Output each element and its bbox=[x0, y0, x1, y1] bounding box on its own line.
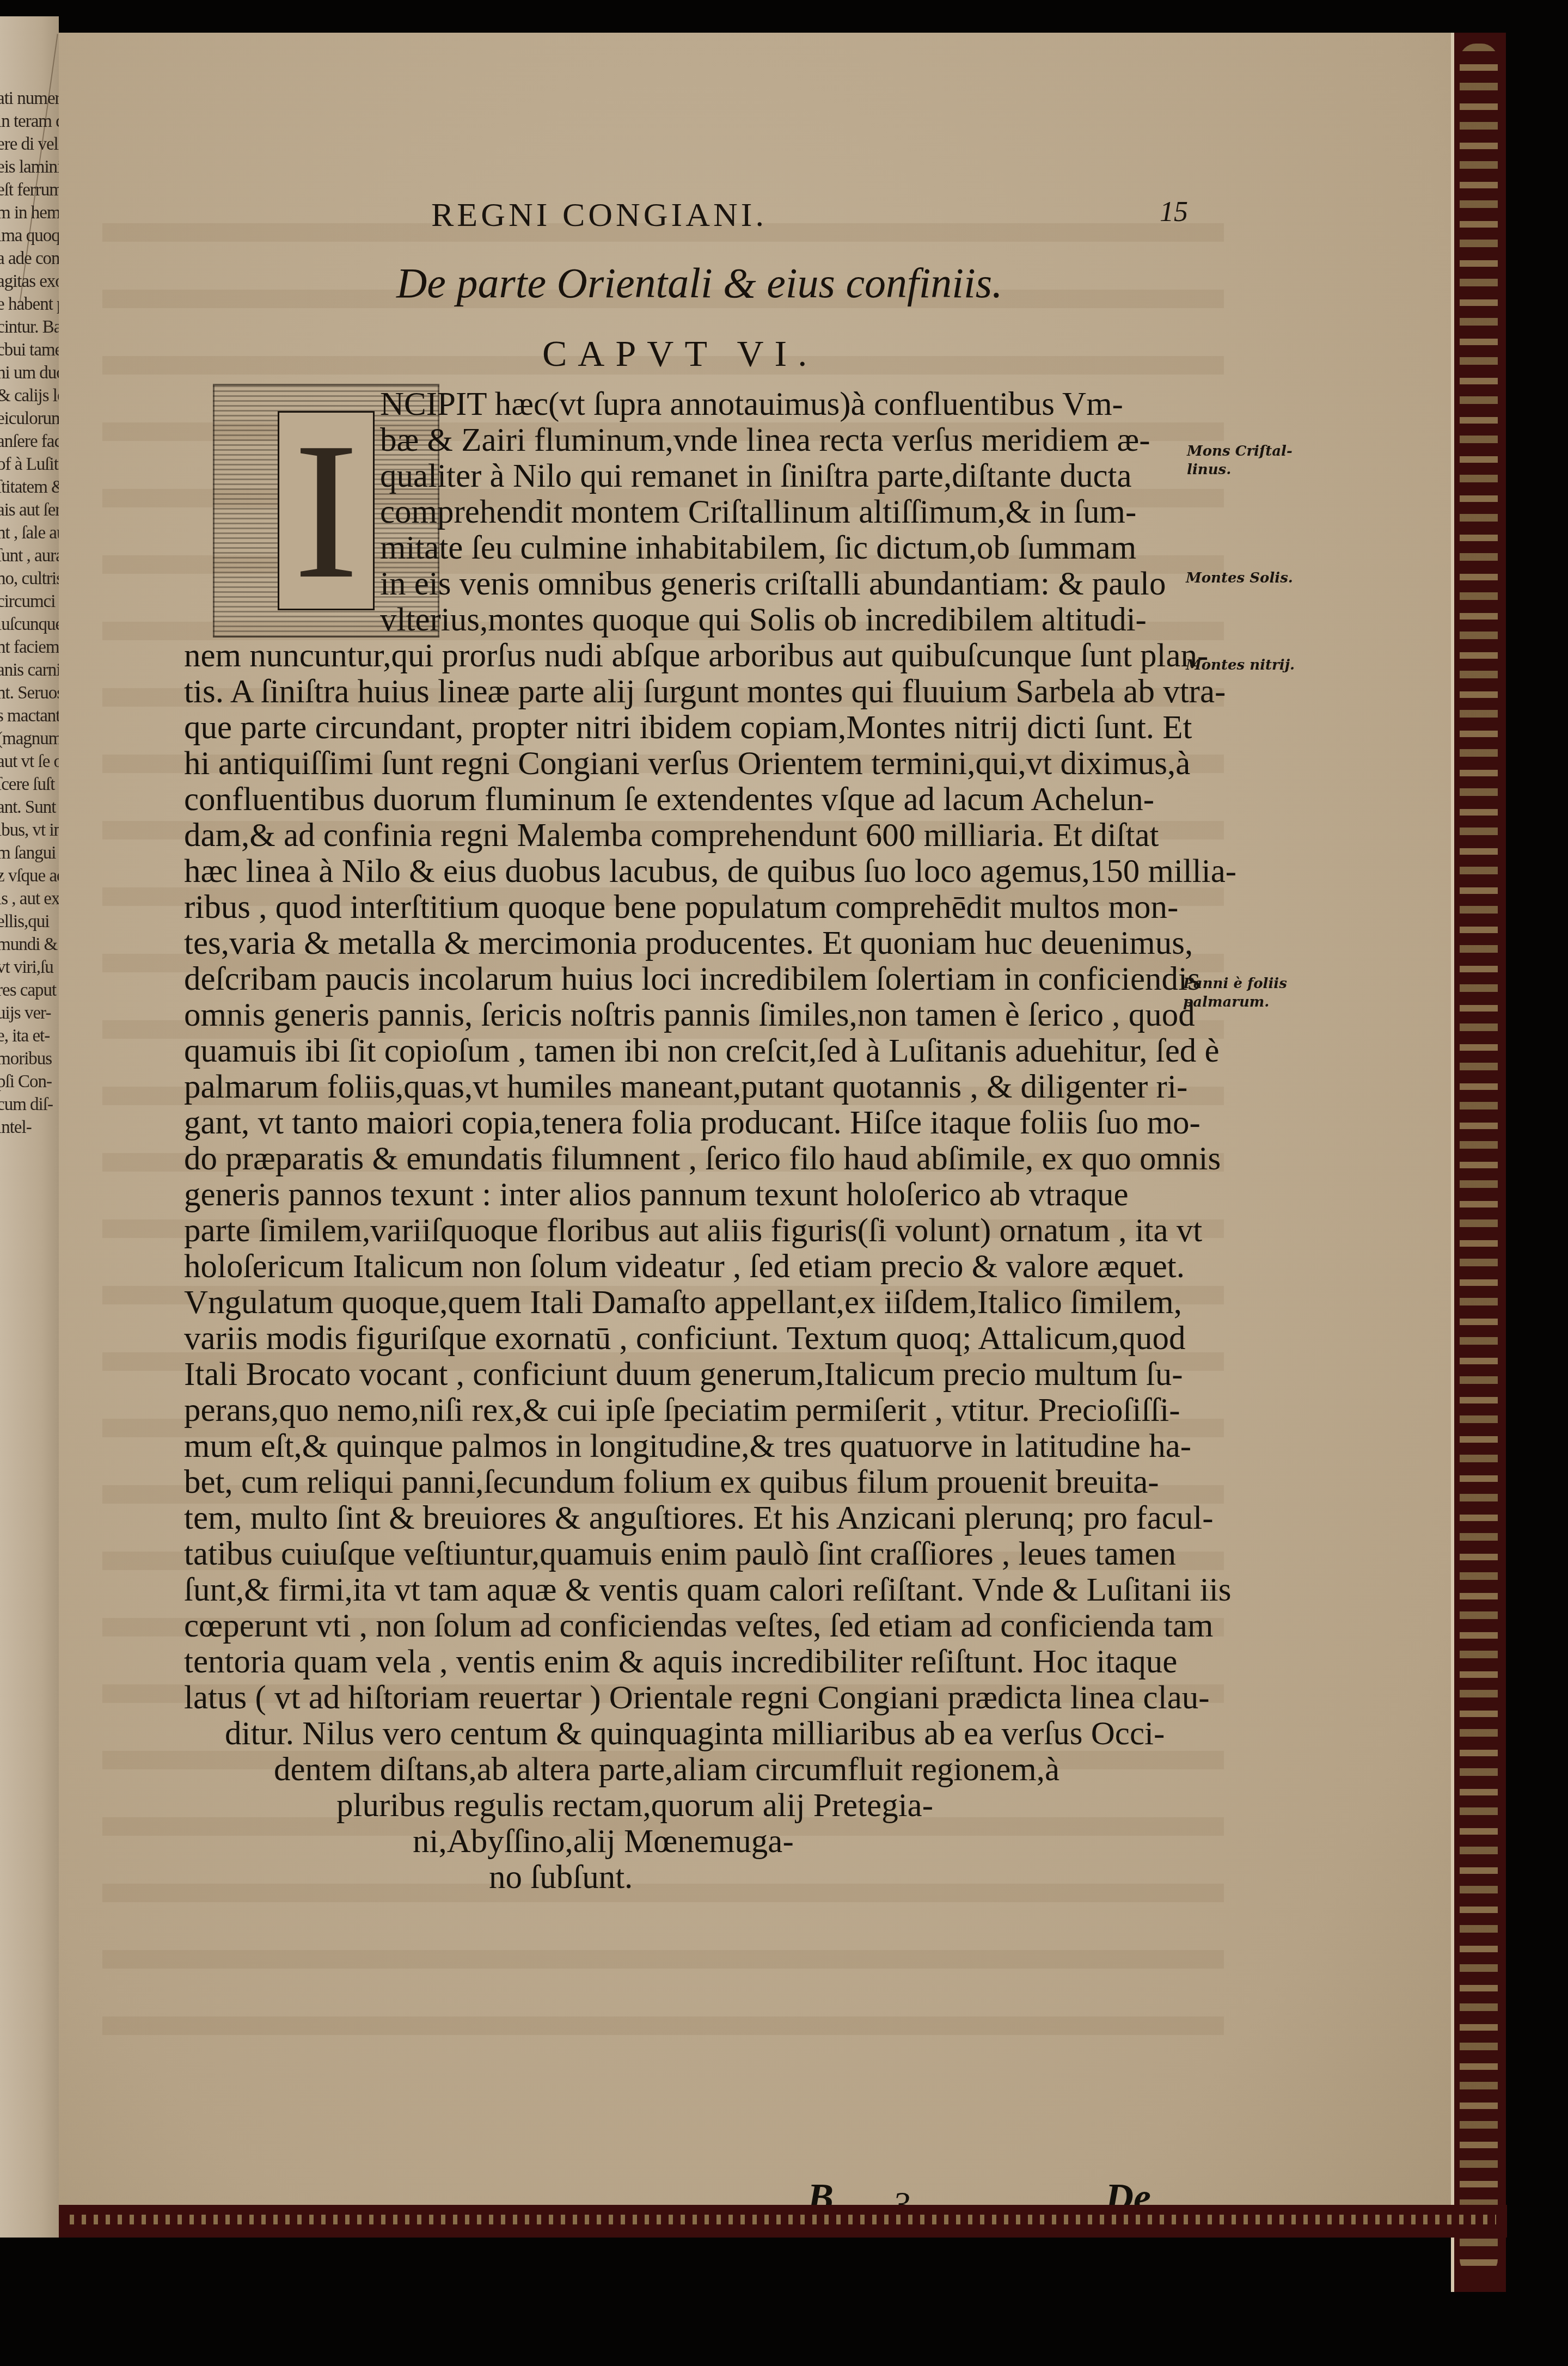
text-line: deſcribam paucis incolarum huius loci in… bbox=[184, 963, 1200, 996]
text-line: holoſericum Italicum non ſolum videatur … bbox=[184, 1250, 1185, 1283]
left-fragment: aut vt ſe o bbox=[0, 750, 59, 773]
left-fragment: eiculorum bbox=[0, 407, 59, 430]
left-fragment: & calijs lo bbox=[0, 384, 59, 407]
text-line: no ſubſunt. bbox=[489, 1861, 633, 1894]
text-line: variis modis figuriſque exornatū , confi… bbox=[184, 1322, 1186, 1355]
left-fragment: uijs ver- bbox=[0, 1002, 59, 1025]
left-fragment: m ſangui bbox=[0, 842, 59, 865]
text-line: dam,& ad confinia regni Malemba comprehe… bbox=[184, 819, 1159, 852]
text-line: parte ſimilem,variiſquoque floribus aut … bbox=[184, 1214, 1202, 1247]
left-fragment: no, cultris, bbox=[0, 567, 59, 590]
text-line: hæc linea à Nilo & eius duobus lacubus, … bbox=[184, 855, 1236, 888]
text-line: ſunt,& firmi,ita vt tam aquæ & ventis qu… bbox=[184, 1573, 1231, 1607]
left-fragment: nt faciem. bbox=[0, 636, 59, 659]
left-fragment: z vſque ad bbox=[0, 865, 59, 887]
binding-edge-right bbox=[1451, 33, 1506, 2292]
left-fragment: a ade contra bbox=[0, 247, 59, 270]
left-fragment: eſt ferrum i bbox=[0, 179, 59, 201]
left-fragment: nt. Seruos bbox=[0, 682, 59, 704]
left-fragment: ais aut ſer bbox=[0, 499, 59, 522]
text-line: palmarum foliis,quas,vt humiles maneant,… bbox=[184, 1070, 1187, 1104]
left-fragment: circumci bbox=[0, 590, 59, 613]
left-fragment: ſcere ſuſt bbox=[0, 773, 59, 796]
left-fragment: e habent pu bbox=[0, 293, 59, 316]
left-fragment: cum diſ- bbox=[0, 1093, 59, 1116]
text-line: ribus , quod interſtitium quoque bene po… bbox=[184, 891, 1178, 924]
text-line: hi antiquiſſimi ſunt regni Congiani verſ… bbox=[184, 747, 1190, 780]
marginal-note: Mons Criſtal- linus. bbox=[1187, 442, 1293, 479]
left-fragment: is , aut ex bbox=[0, 887, 59, 910]
left-fragment: of à Luſita bbox=[0, 453, 59, 476]
text-line: dentem diſtans,ab altera parte,aliam cir… bbox=[274, 1753, 1059, 1786]
left-fragment: ima quoq; n bbox=[0, 224, 59, 247]
left-fragment: res caput bbox=[0, 979, 59, 1002]
text-line: tatibus cuiuſque veſtiuntur,quamuis enim… bbox=[184, 1537, 1176, 1571]
gilt-ornament bbox=[70, 2215, 1496, 2224]
text-line: cœperunt vti , non ſolum ad conficiendas… bbox=[184, 1609, 1213, 1642]
left-fragment: ant. Sunt bbox=[0, 796, 59, 819]
text-line: gant, vt tanto maiori copia,tenera folia… bbox=[184, 1106, 1200, 1139]
text-line: do præparatis & emundatis filumnent , ſe… bbox=[184, 1142, 1221, 1175]
left-fragment: ibus, vt in bbox=[0, 819, 59, 842]
left-fragment: vt viri,ſu bbox=[0, 956, 59, 979]
left-fragment: hi um duo bbox=[0, 361, 59, 384]
marginal-note: Montes nitrij. bbox=[1186, 656, 1295, 675]
gilt-ornament bbox=[1460, 44, 1498, 2276]
page-number: 15 bbox=[1160, 196, 1188, 228]
left-fragment: intel- bbox=[0, 1116, 59, 1139]
left-fragment: cbui tamen bbox=[0, 339, 59, 361]
drop-cap-letter: I bbox=[278, 411, 375, 610]
text-line: nem nuncuntur,qui prorſus nudi abſque ar… bbox=[184, 639, 1208, 672]
text-line: perans,quo nemo,niſi rex,& cui ipſe ſpec… bbox=[184, 1394, 1180, 1427]
text-line: ni,Abyſſino,alij Mœnemuga- bbox=[413, 1825, 794, 1858]
left-fragment: mundi & bbox=[0, 933, 59, 956]
left-fragment: s mactant, bbox=[0, 704, 59, 727]
left-fragment: in teram d bbox=[0, 110, 59, 133]
left-fragment: anis carni bbox=[0, 659, 59, 682]
text-line: latus ( vt ad hiſtoriam reuertar ) Orien… bbox=[184, 1681, 1210, 1714]
text-line: bet, cum reliqui panni,ſecundum folium e… bbox=[184, 1466, 1159, 1499]
left-fragment: (magnum bbox=[0, 727, 59, 750]
left-fragment: ere di velin bbox=[0, 133, 59, 156]
text-line: mum eſt,& quinque palmos in longitudine,… bbox=[184, 1430, 1191, 1463]
left-fragment: ſtitatem & bbox=[0, 476, 59, 499]
left-fragment: agitas exo bbox=[0, 270, 59, 293]
text-line: tes,varia & metalla & mercimonia produce… bbox=[184, 927, 1193, 960]
text-line: pluribus regulis rectam,quorum alij Pret… bbox=[336, 1789, 933, 1822]
text-line: generis pannos texunt : inter alios pann… bbox=[184, 1178, 1129, 1211]
text-line: tis. A ſiniſtra huius lineæ parte alij ſ… bbox=[184, 675, 1226, 708]
left-fragment: eis laminis a bbox=[0, 156, 59, 179]
left-fragment: pſi Con- bbox=[0, 1070, 59, 1093]
chapter-number: CAPVT VI. bbox=[542, 332, 818, 375]
text-line: Vngulatum quoque,quem Itali Damaſto appe… bbox=[184, 1286, 1182, 1319]
left-fragment: ellis,qui bbox=[0, 910, 59, 933]
text-line: omnis generis pannis, ſericis noſtris pa… bbox=[184, 998, 1195, 1032]
running-head: REGNI CONGIANI. bbox=[431, 196, 767, 235]
text-line: que parte circundant, propter nitri ibid… bbox=[184, 711, 1192, 744]
text-line: bæ & Zairi fluminum,vnde linea recta ver… bbox=[380, 424, 1150, 457]
binding-edge-bottom bbox=[59, 2205, 1507, 2238]
left-fragment: nt , ſale aut bbox=[0, 522, 59, 544]
marginal-note: Montes Solis. bbox=[1186, 569, 1293, 587]
text-line: quamuis ibi ſit copioſum , tamen ibi non… bbox=[184, 1034, 1220, 1068]
text-line: NCIPIT hæc(vt ſupra annotauimus)à conflu… bbox=[380, 388, 1123, 421]
left-page-text-fragments: ati numeroſ in teram d ere di velin eis … bbox=[0, 87, 59, 1139]
marginal-note: Panni è foliis palmarum. bbox=[1183, 974, 1287, 1012]
left-fragment: cintur. Bal bbox=[0, 316, 59, 339]
text-line: Itali Brocato vocant , conficiunt duum g… bbox=[184, 1358, 1183, 1391]
text-line: in eis venis omnibus generis criſtalli a… bbox=[380, 567, 1166, 600]
left-fragment: ſunt , aura bbox=[0, 544, 59, 567]
facing-left-page-edge: ati numeroſ in teram d ere di velin eis … bbox=[0, 16, 59, 2238]
text-line: tentoria quam vela , ventis enim & aquis… bbox=[184, 1645, 1177, 1678]
left-fragment: ati numeroſ bbox=[0, 87, 59, 110]
text-line: ditur. Nilus vero centum & quinquaginta … bbox=[225, 1717, 1165, 1750]
text-line: comprehendit montem Criſtallinum altiſſi… bbox=[380, 495, 1136, 529]
left-fragment: e, ita et- bbox=[0, 1025, 59, 1047]
left-fragment: m in hemio bbox=[0, 201, 59, 224]
text-line: tem, multo ſint & breuiores & anguſtiore… bbox=[184, 1501, 1214, 1535]
left-fragment: anſere faci bbox=[0, 430, 59, 453]
left-fragment: moribus bbox=[0, 1047, 59, 1070]
text-line: qualiter à Nilo qui remanet in ſiniſtra … bbox=[380, 459, 1131, 493]
text-line: mitate ſeu culmine inhabitabilem, ſic di… bbox=[380, 531, 1136, 565]
left-fragment: iuſcunque bbox=[0, 613, 59, 636]
book-page: REGNI CONGIANI. 15 De parte Orientali & … bbox=[59, 33, 1451, 2205]
chapter-title: De parte Orientali & eius confiniis. bbox=[396, 259, 1003, 308]
text-line: confluentibus duorum fluminum ſe extende… bbox=[184, 783, 1154, 816]
text-line: vlterius,montes quoque qui Solis ob incr… bbox=[380, 603, 1147, 636]
